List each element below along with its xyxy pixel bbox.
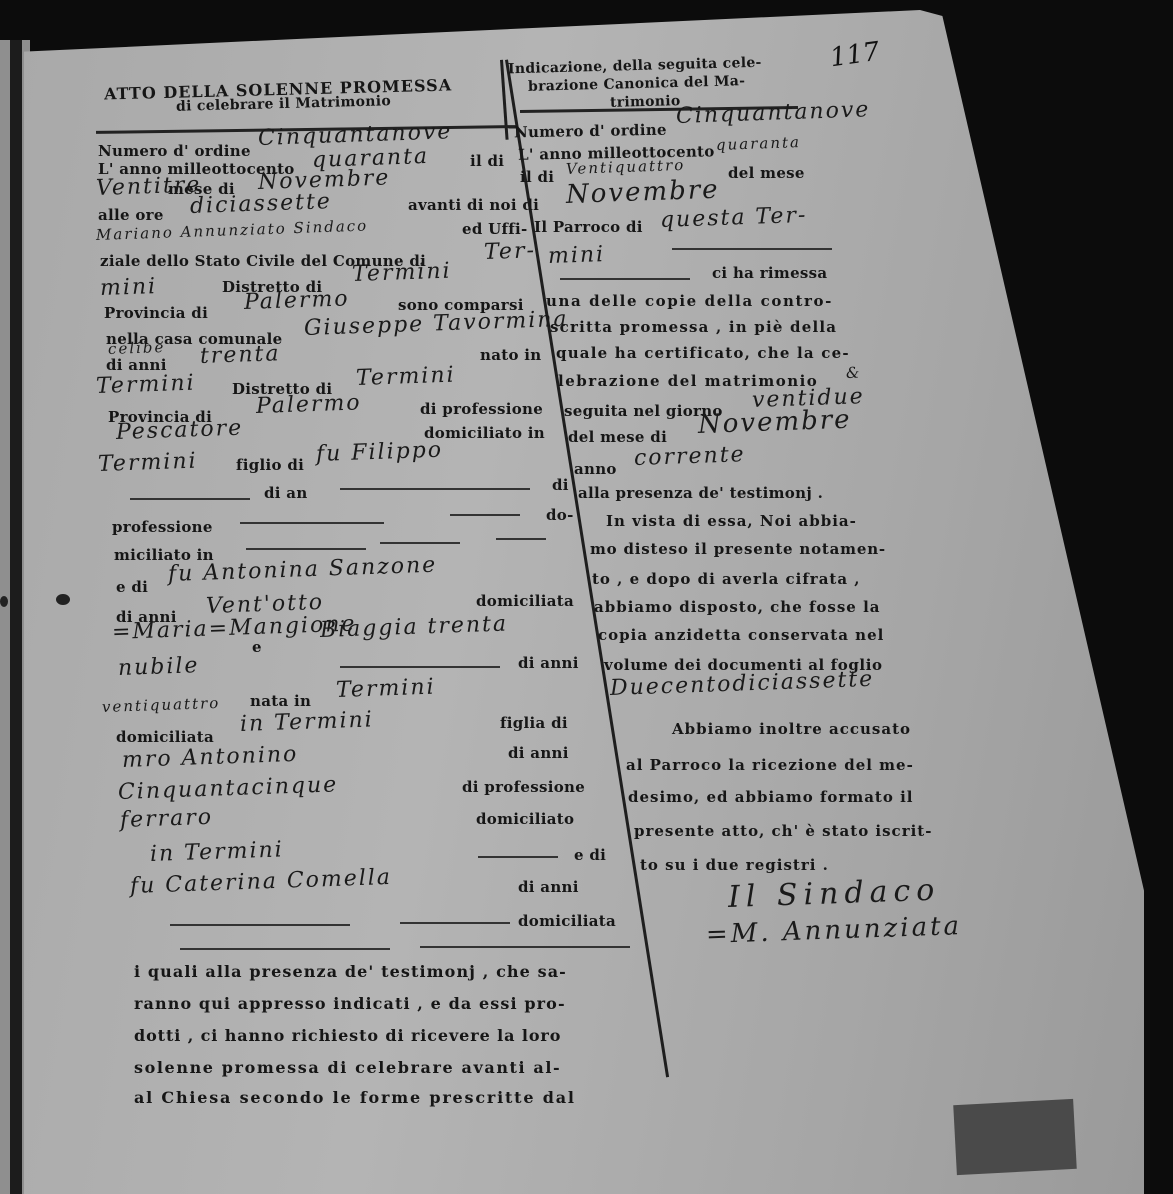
left-line-handwritten: Palermo	[244, 286, 350, 315]
left-line-printed: avanti di noi di	[408, 196, 539, 214]
closing-line: solenne promessa di celebrare avanti al-	[134, 1058, 561, 1077]
left-line-printed: di anni	[508, 744, 569, 762]
final-line: desimo, ed abbiamo formato il	[628, 788, 913, 806]
left-line-printed: figlia di	[500, 714, 568, 732]
blank-line	[672, 248, 832, 250]
left-line-printed: di professione	[420, 400, 543, 418]
blank-line	[170, 924, 350, 926]
binding-spine	[10, 40, 22, 1194]
right-line-printed: Il Parroco di	[534, 218, 643, 236]
right-line-printed: ci ha rimessa	[712, 264, 827, 282]
right-line-handwritten: Novembre	[565, 175, 720, 210]
blank-line	[240, 522, 384, 524]
final-line: to su i due registri .	[640, 856, 829, 874]
left-line-handwritten: Palermo	[256, 390, 362, 419]
blank-line	[560, 278, 690, 280]
left-line-printed: figlio di	[236, 456, 304, 474]
left-line-printed: e di	[116, 578, 148, 596]
right-line-printed: alla presenza de' testimonj .	[578, 484, 823, 502]
left-line-printed: alle ore	[98, 206, 164, 224]
notation-line: to , e dopo di averla cifrata ,	[592, 570, 861, 588]
blank-line	[400, 922, 510, 924]
blank-line	[420, 946, 630, 948]
left-line-printed: Numero d' ordine	[98, 142, 251, 160]
blank-line	[478, 856, 558, 858]
final-line: presente atto, ch' è stato iscrit-	[634, 822, 932, 840]
left-line-handwritten: trenta	[200, 341, 281, 369]
right-line-printed: del mese di	[568, 428, 667, 446]
right-line-printed: anno	[574, 460, 617, 478]
blank-line	[496, 538, 546, 540]
closing-line: ranno qui appresso indicati , e da essi …	[134, 994, 566, 1013]
left-line-printed: e	[252, 638, 262, 656]
left-line-printed: domiciliata	[116, 728, 214, 746]
blank-line	[450, 514, 520, 516]
notation-line: copia anzidetta conservata nel	[598, 626, 884, 644]
left-line-printed: di anni	[518, 654, 579, 672]
closing-line: i quali alla presenza de' testimonj , ch…	[134, 962, 567, 981]
right-line-printed: quale ha certificato, che la ce-	[556, 344, 850, 362]
right-line-handwritten: questa Ter-	[660, 203, 808, 233]
left-line-printed: domiciliata	[518, 912, 616, 930]
final-line: Abbiamo inoltre accusato	[672, 720, 911, 738]
blank-line	[340, 666, 500, 668]
left-line-handwritten: fu Filippo	[316, 438, 444, 467]
hole-punch	[0, 596, 8, 607]
left-line-handwritten: ferraro	[120, 805, 214, 833]
left-line-handwritten: in Termini	[240, 707, 375, 737]
right-title-line: trimonio	[610, 93, 681, 111]
left-line-handwritten: Pescatore	[116, 416, 244, 445]
left-line-handwritten: Termini	[336, 675, 436, 703]
blank-line	[130, 498, 250, 500]
left-line-handwritten: Ter-	[484, 238, 537, 265]
right-line-printed: una delle copie della contro-	[546, 292, 833, 310]
notation-line: abbiamo disposto, che fosse la	[594, 598, 881, 616]
blank-line	[180, 948, 390, 950]
right-line-handwritten: Novembre	[697, 405, 852, 440]
left-line-handwritten: diciassette	[190, 189, 333, 219]
left-line-handwritten: celibe	[108, 338, 166, 358]
blank-line	[380, 542, 460, 544]
left-line-handwritten: nubile	[118, 653, 200, 681]
final-line: al Parroco la ricezione del me-	[626, 756, 914, 774]
left-line-printed: e di	[574, 846, 606, 864]
hole-punch	[56, 594, 70, 605]
notation-line: mo disteso il presente notamen-	[590, 540, 886, 558]
left-line-handwritten: in Termini	[150, 837, 285, 867]
left-line-printed: ed Uffi-	[462, 220, 528, 238]
left-line-printed: di anni	[518, 878, 579, 896]
left-line-handwritten: Termini	[356, 363, 456, 391]
blank-line	[246, 548, 366, 550]
left-line-handwritten: Termini	[98, 449, 198, 477]
closing-line: al Chiesa secondo le forme prescritte da…	[134, 1088, 576, 1107]
right-line-handwritten: corrente	[634, 442, 746, 471]
left-line-printed: nato in	[480, 346, 542, 364]
right-line-handwritten: quaranta	[716, 133, 802, 154]
right-line-printed: scritta promessa , in piè della	[550, 318, 837, 336]
left-line-printed: professione	[112, 518, 213, 536]
left-line-printed: domiciliata	[476, 592, 574, 610]
film-tab	[953, 1099, 1076, 1175]
left-line-handwritten: mini	[100, 274, 158, 301]
closing-line: dotti , ci hanno richiesto di ricevere l…	[134, 1026, 561, 1045]
right-line-printed: Numero d' ordine	[514, 121, 667, 142]
left-line-handwritten: Termini	[96, 371, 196, 399]
left-line-printed: il di	[470, 152, 504, 170]
left-line-printed: di professione	[462, 778, 585, 796]
left-line-printed: di an	[264, 484, 308, 502]
signature-title: Il Sindaco	[727, 873, 940, 915]
left-line-handwritten: Termini	[352, 259, 452, 287]
blank-line	[340, 488, 530, 490]
left-line-printed: do-	[546, 506, 574, 524]
notation-line: In vista di essa, Noi abbia-	[606, 512, 857, 530]
right-line-handwritten: mini	[548, 242, 606, 269]
left-line-printed: nata in	[250, 692, 311, 710]
right-line-handwritten: &	[846, 363, 862, 382]
right-line-printed: il di	[520, 168, 554, 186]
left-line-printed: domiciliato	[476, 810, 574, 828]
left-line-printed: Provincia di	[104, 304, 208, 322]
right-line-printed: del mese	[728, 164, 805, 182]
left-line-printed: di	[552, 476, 569, 494]
